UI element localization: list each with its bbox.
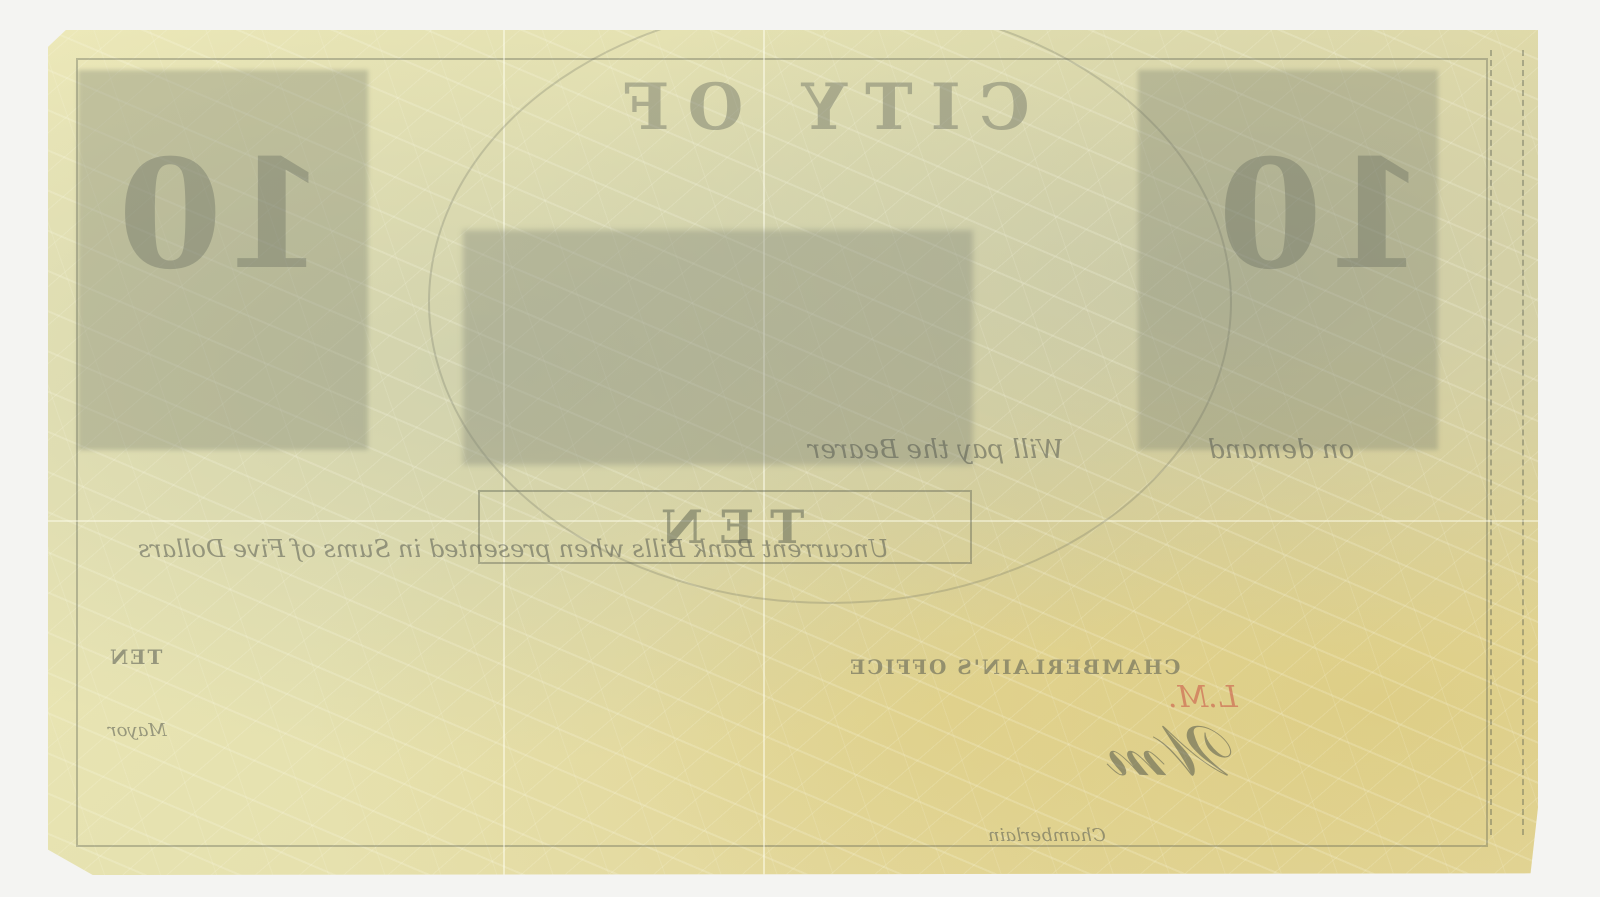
chamberlain-text: Chamberlain [988, 825, 1106, 846]
arc-title-text: CITY OF [498, 70, 1138, 145]
ten-caps-text: TEN [108, 645, 162, 669]
pay-bearer-text: Will pay the Bearer [808, 435, 1064, 465]
on-demand-text: on demand [1208, 435, 1354, 465]
denomination-right: 10 [1218, 140, 1427, 290]
bills-text: Uncurrent Bank Bills when presented in S… [138, 535, 889, 563]
side-border [1490, 50, 1524, 835]
center-vignette [463, 230, 973, 465]
banknote: 10 10 CITY OF Will pay the Bearer on dem… [48, 30, 1538, 875]
office-text: CHAMBERLAIN'S OFFICE [848, 655, 1180, 679]
denomination-left: 10 [118, 140, 327, 290]
signature: 𝒲𝓂 [1108, 710, 1241, 793]
mayor-text: Mayor [108, 720, 167, 741]
